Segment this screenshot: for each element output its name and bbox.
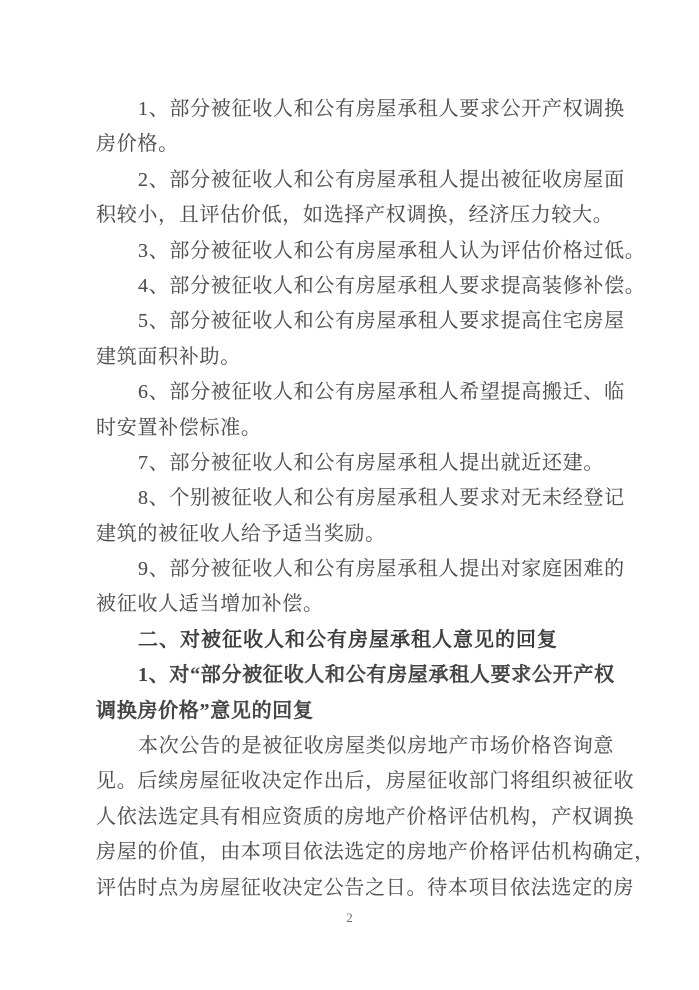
item-7-line-1: 7、部分被征收人和公有房屋承租人提出就近还建。 (96, 446, 618, 481)
item-2-line-2: 积较小，且评估价低，如选择产权调换，经济压力较大。 (96, 198, 618, 233)
item-6-line-2: 时安置补偿标准。 (96, 411, 618, 446)
page-number: 2 (0, 908, 699, 928)
item-8-line-2: 建筑的被征收人给予适当奖励。 (96, 517, 618, 552)
item-8-line-1: 8、个别被征收人和公有房屋承租人要求对无未经登记 (96, 481, 618, 516)
reply-paragraph-line-4: 房屋的价值，由本项目依法选定的房地产价格评估机构确定， (96, 835, 618, 870)
document-page: 1、部分被征收人和公有房屋承租人要求公开产权调换 房价格。 2、部分被征收人和公… (0, 0, 699, 990)
document-body: 1、部分被征收人和公有房屋承租人要求公开产权调换 房价格。 2、部分被征收人和公… (96, 92, 618, 906)
reply-paragraph-line-1: 本次公告的是被征收房屋类似房地产市场价格咨询意 (96, 729, 618, 764)
item-1-line-2: 房价格。 (96, 127, 618, 162)
item-4-line-1: 4、部分被征收人和公有房屋承租人要求提高装修补偿。 (96, 269, 618, 304)
item-6-line-1: 6、部分被征收人和公有房屋承租人希望提高搬迁、临 (96, 375, 618, 410)
item-3-line-1: 3、部分被征收人和公有房屋承租人认为评估价格过低。 (96, 234, 618, 269)
reply-paragraph-line-2: 见。后续房屋征收决定作出后，房屋征收部门将组织被征收 (96, 764, 618, 799)
item-2-line-1: 2、部分被征收人和公有房屋承租人提出被征收房屋面 (96, 163, 618, 198)
reply-paragraph-line-5: 评估时点为房屋征收决定公告之日。待本项目依法选定的房 (96, 871, 618, 906)
subsection-heading-line-2: 调换房价格”意见的回复 (96, 694, 618, 729)
item-9-line-1: 9、部分被征收人和公有房屋承租人提出对家庭困难的 (96, 552, 618, 587)
item-5-line-1: 5、部分被征收人和公有房屋承租人要求提高住宅房屋 (96, 304, 618, 339)
reply-paragraph-line-3: 人依法选定具有相应资质的房地产价格评估机构，产权调换 (96, 800, 618, 835)
section-heading: 二、对被征收人和公有房屋承租人意见的回复 (96, 623, 618, 658)
item-5-line-2: 建筑面积补助。 (96, 340, 618, 375)
item-9-line-2: 被征收人适当增加补偿。 (96, 587, 618, 622)
subsection-heading-line-1: 1、对“部分被征收人和公有房屋承租人要求公开产权 (96, 658, 618, 693)
item-1-line-1: 1、部分被征收人和公有房屋承租人要求公开产权调换 (96, 92, 618, 127)
